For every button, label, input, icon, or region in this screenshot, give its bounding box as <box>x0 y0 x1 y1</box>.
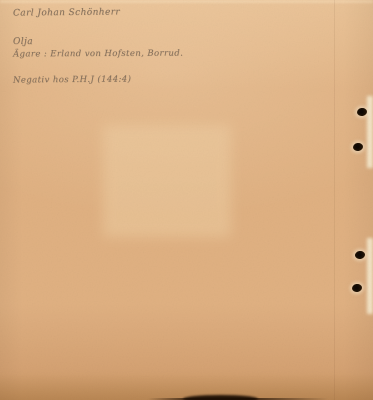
archive-card-scan: Carl Johan Schönherr Olja Ägare : Erland… <box>0 0 373 400</box>
right-edge-paper-sliver <box>367 96 373 168</box>
photo-ghost-area <box>103 125 231 237</box>
punch-hole <box>351 283 362 292</box>
handwritten-name-line: Carl Johan Schönherr <box>13 7 120 18</box>
punch-hole <box>354 250 365 259</box>
paper-crease <box>334 0 335 400</box>
punch-hole <box>356 107 367 116</box>
punch-hole <box>352 142 363 151</box>
handwritten-owner-line: Ägare : Erland von Hofsten, Borrud. <box>13 49 183 60</box>
top-edge-highlight <box>0 0 373 3</box>
bottom-edge-shading <box>0 374 373 400</box>
handwritten-negative-line: Negativ hos P.H.J (144:4) <box>13 74 131 85</box>
right-edge-paper-sliver <box>367 238 373 314</box>
bottom-edge-shadow-bump <box>183 395 258 400</box>
handwritten-medium-line: Olja <box>13 37 33 47</box>
